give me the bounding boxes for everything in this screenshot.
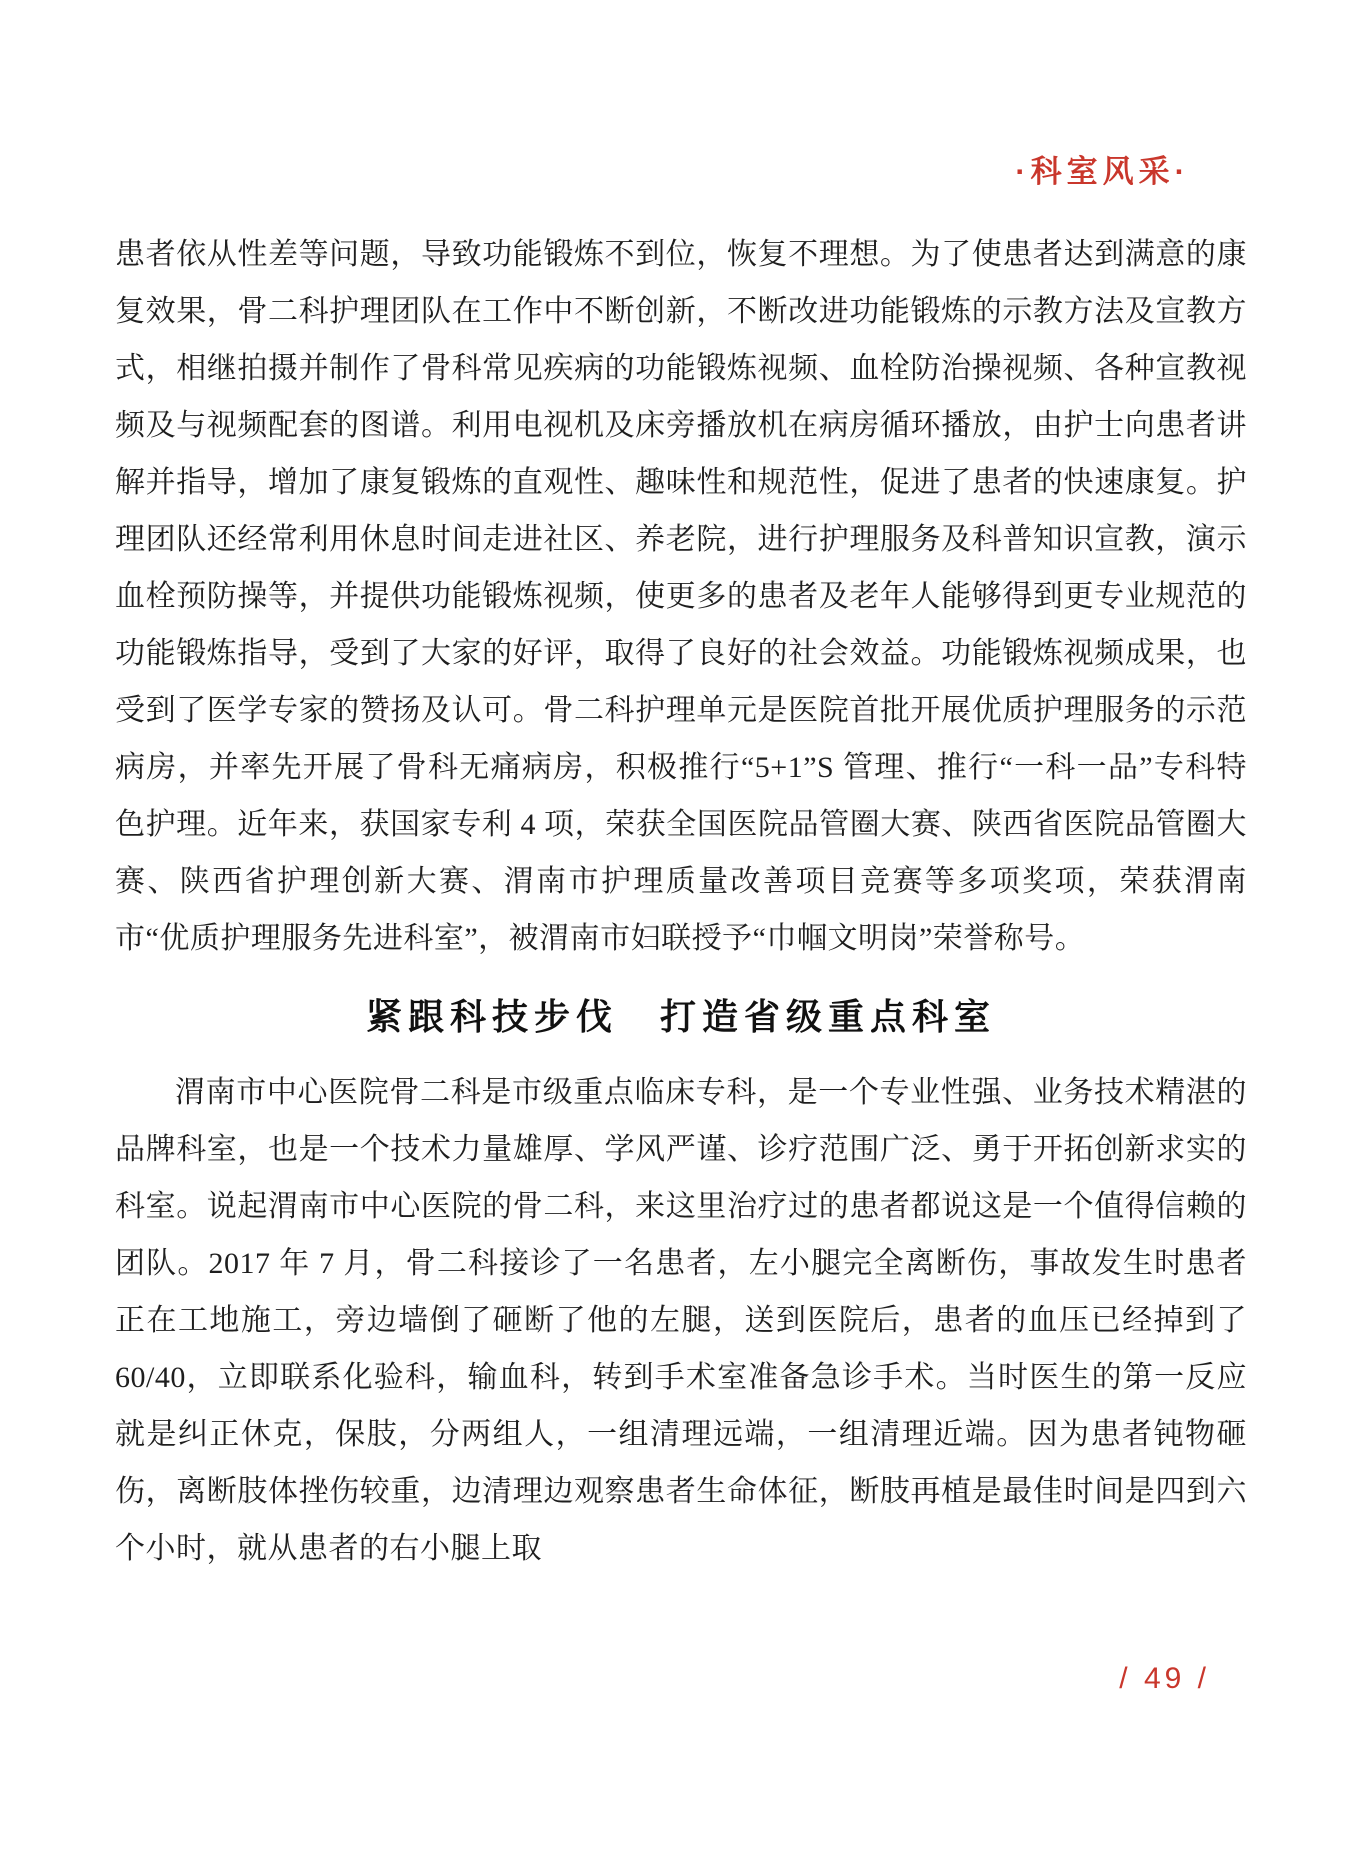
body-paragraph-2: 渭南市中心医院骨二科是市级重点临床专科，是一个专业性强、业务技术精湛的品牌科室，… xyxy=(115,1064,1247,1577)
body-paragraph-1: 患者依从性差等问题，导致功能锻炼不到位，恢复不理想。为了使患者达到满意的康复效果… xyxy=(115,226,1247,967)
column-header: ·科室风采· xyxy=(1015,146,1190,191)
document-page: ·科室风采· 患者依从性差等问题，导致功能锻炼不到位，恢复不理想。为了使患者达到… xyxy=(0,0,1362,1858)
page-content: 患者依从性差等问题，导致功能锻炼不到位，恢复不理想。为了使患者达到满意的康复效果… xyxy=(115,226,1247,1577)
section-heading: 紧跟科技步伐 打造省级重点科室 xyxy=(115,989,1247,1040)
page-number: / 49 / xyxy=(1119,1662,1210,1696)
